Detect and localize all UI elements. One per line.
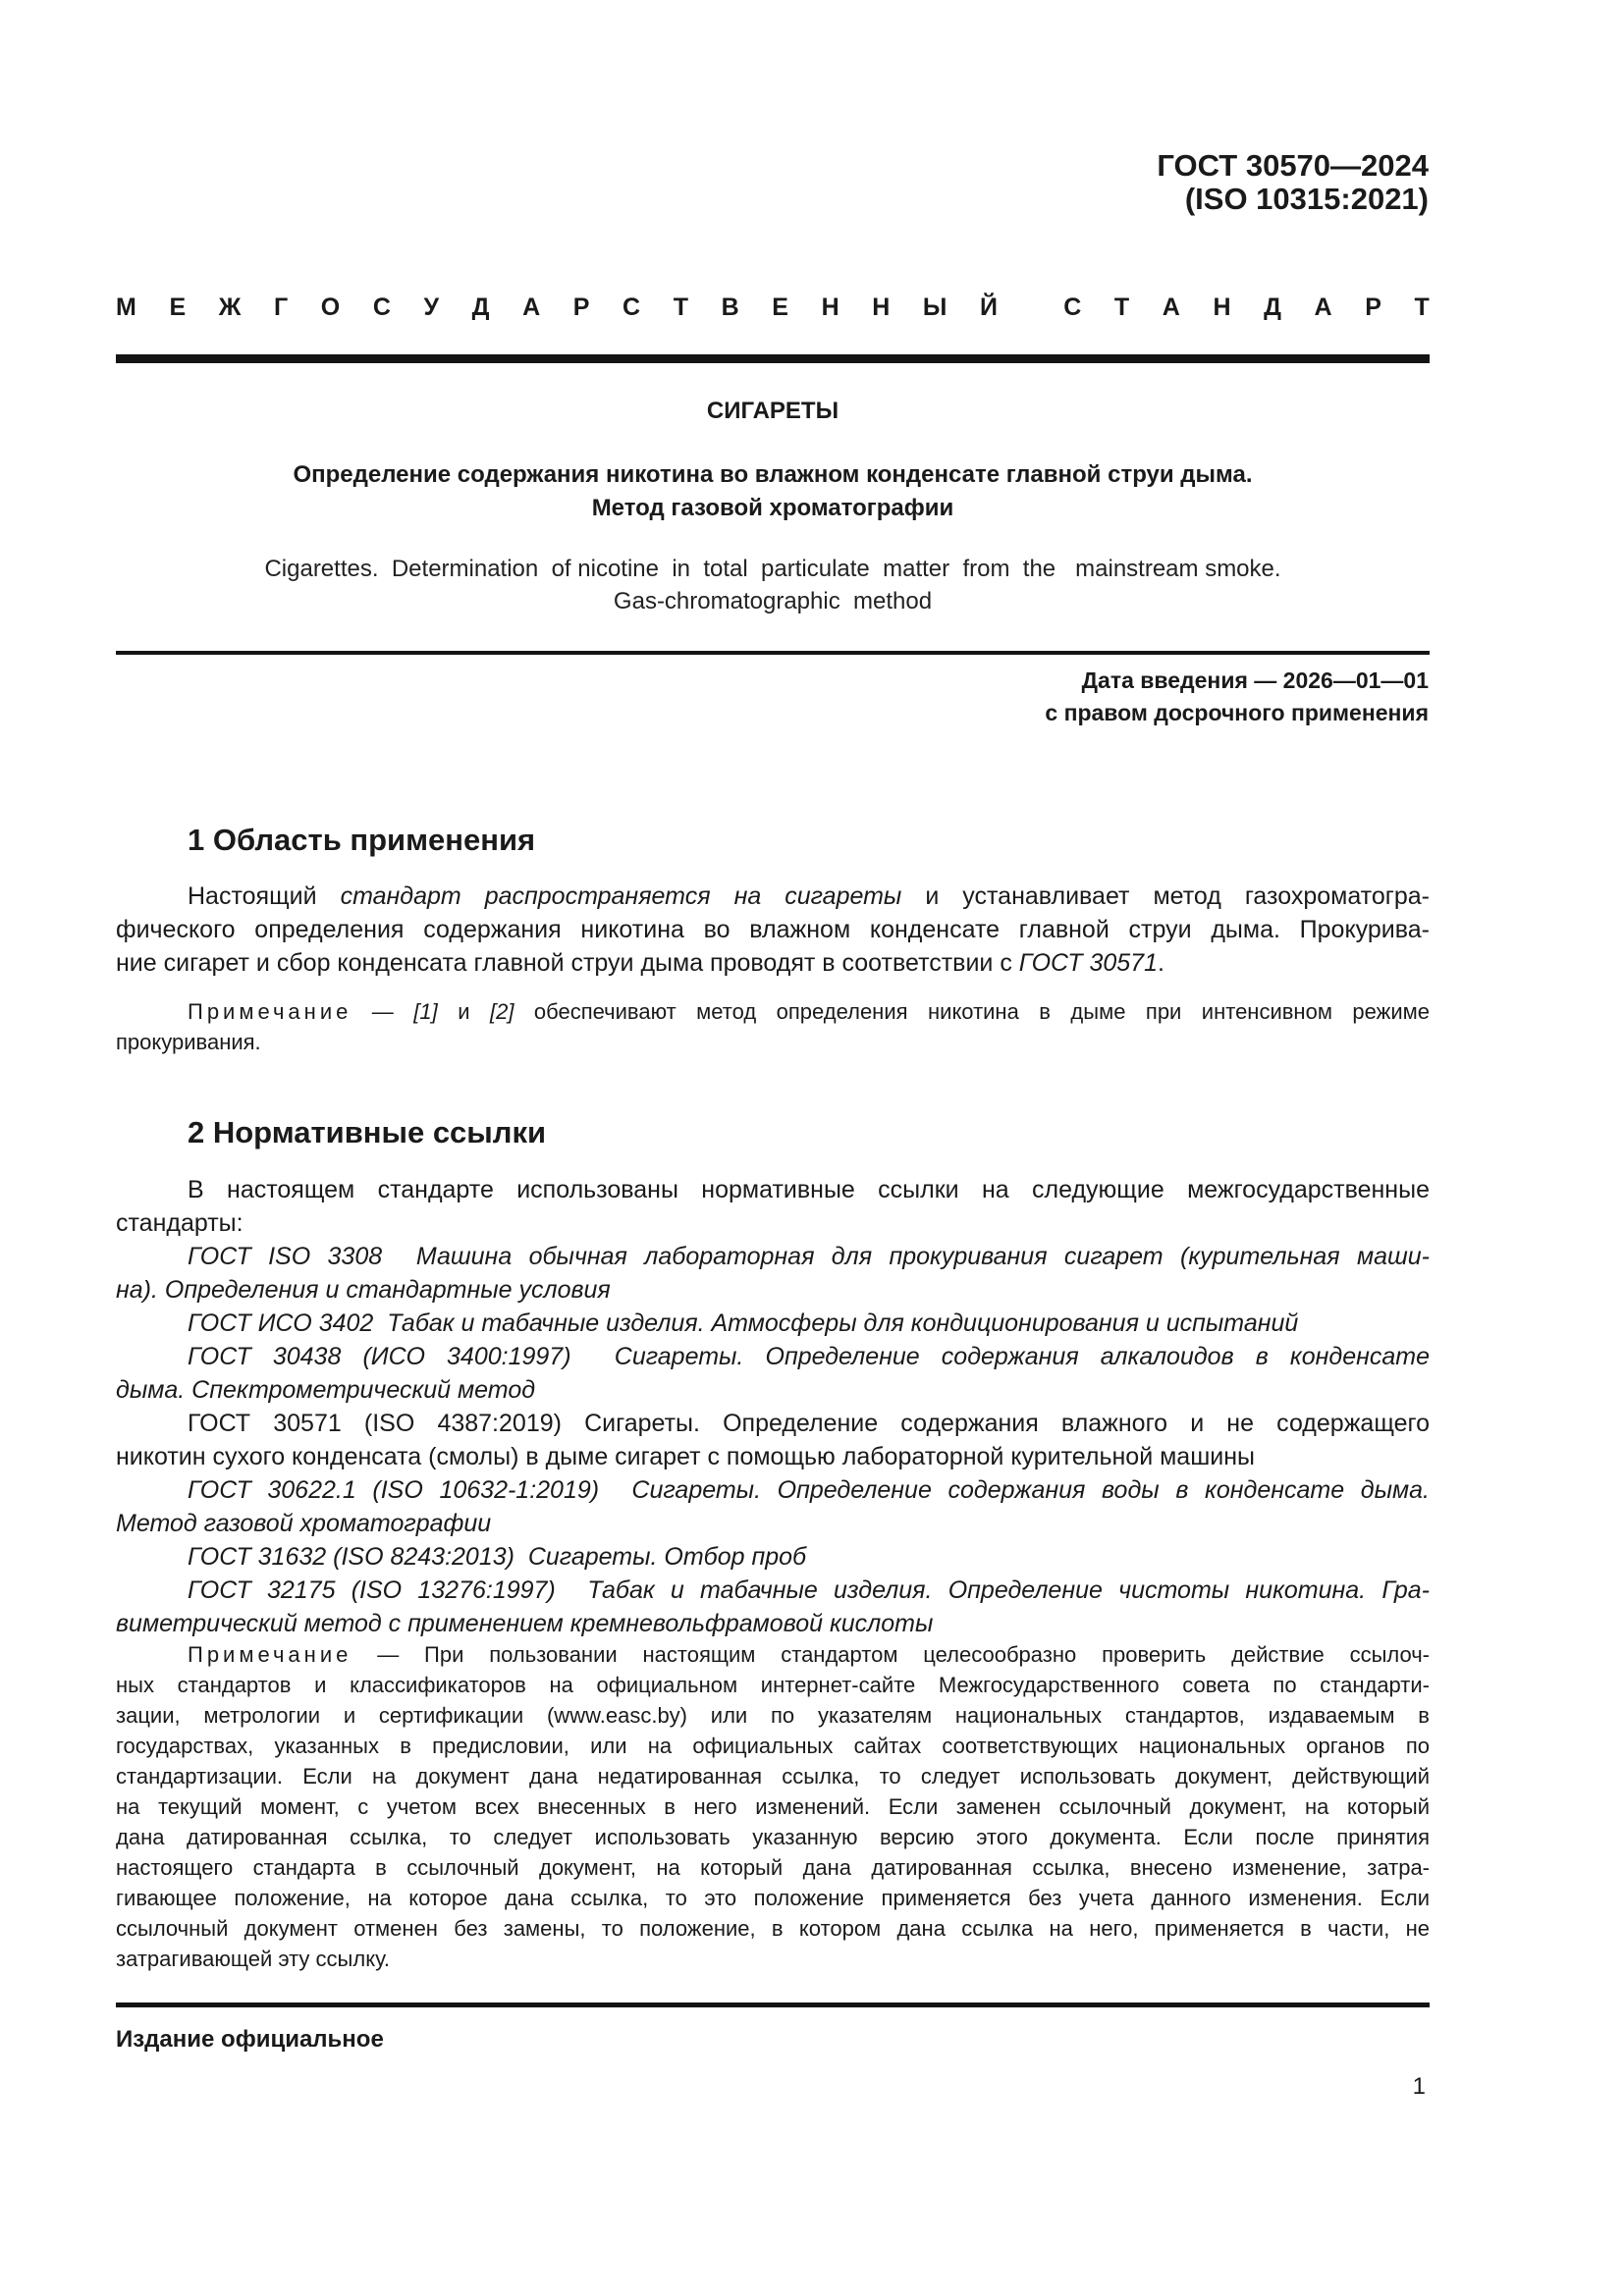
banner-letter: Е: [772, 293, 788, 322]
banner-letter: М: [116, 293, 136, 322]
banner-letter: Г: [274, 293, 288, 322]
banner-letter: А: [522, 293, 540, 322]
text: и: [438, 999, 490, 1024]
text: — При пользовании настоящим стандартом ц…: [352, 1642, 1430, 1667]
banner-letter: Д: [1264, 293, 1281, 322]
english-title-line1: Cigarettes. Determination of nicotine in…: [116, 553, 1430, 585]
normative-reference: ГОСТ ISO 3308 Машина обычная лабораторна…: [188, 1240, 1430, 1273]
text: ние сигарет и сбор конденсата главной ст…: [116, 949, 1019, 977]
document-title: СИГАРЕТЫ: [116, 398, 1430, 425]
banner-letter: Ы: [923, 293, 947, 322]
section-2-note-line: затрагивающей эту ссылку.: [116, 1944, 390, 1974]
normative-reference-continuation: виметрический метод с применением кремне…: [116, 1607, 933, 1640]
text: и устанавливает метод газохроматогра-: [901, 882, 1430, 910]
text: —: [352, 999, 413, 1024]
english-title-line2: Gas-chromatographic method: [116, 585, 1430, 617]
section-1-paragraph-line: фического определения содержания никотин…: [116, 913, 1430, 946]
banner-letter: С: [623, 293, 640, 322]
section-2-note-line: гивающее положение, на которое дана ссыл…: [116, 1883, 1430, 1913]
normative-reference: ГОСТ 31632 (ISO 8243:2013) Сигареты. Отб…: [188, 1540, 806, 1574]
normative-reference: ГОСТ ИСО 3402 Табак и табачные изделия. …: [188, 1307, 1298, 1340]
text: обеспечивают метод определения никотина …: [514, 999, 1430, 1024]
section-1-heading: 1 Область применения: [188, 823, 535, 858]
title-rule: [116, 651, 1430, 655]
section-2-note-line: на текущий момент, с учетом всех внесенн…: [116, 1791, 1430, 1822]
section-2-heading: 2 Нормативные ссылки: [188, 1115, 546, 1150]
document-subtitle-line2: Метод газовой хроматографии: [116, 492, 1430, 525]
banner-letter: Т: [1415, 293, 1430, 322]
banner-letter: Д: [472, 293, 490, 322]
text: .: [1158, 949, 1164, 977]
banner-letter: Т: [1114, 293, 1129, 322]
note-label: Примечание: [188, 1642, 352, 1667]
iso-reference: (ISO 10315:2021): [1185, 183, 1429, 216]
banner-letter: В: [722, 293, 739, 322]
banner-letter: Ж: [219, 293, 242, 322]
banner-letter: С: [1063, 293, 1081, 322]
interstate-standard-banner: МЕЖГОСУДАРСТВЕННЫЙ СТАНДАРТ: [116, 293, 1430, 322]
banner-letter: А: [1163, 293, 1180, 322]
document-number: ГОСТ 30570—2024: [1157, 149, 1429, 183]
banner-letter: О: [321, 293, 340, 322]
header-rule: [116, 354, 1430, 363]
page-number: 1: [1413, 2073, 1426, 2101]
banner-letter: Р: [1365, 293, 1381, 322]
text: Настоящий: [188, 882, 341, 910]
banner-letter: Н: [822, 293, 839, 322]
section-2-intro-line: стандарты:: [116, 1206, 244, 1240]
section-2-note-line: зации, метрологии и сертификации (www.ea…: [116, 1700, 1430, 1731]
note-label: Примечание: [188, 999, 352, 1024]
banner-letter: Н: [872, 293, 890, 322]
normative-reference: ГОСТ 32175 (ISO 13276:1997) Табак и таба…: [188, 1574, 1430, 1607]
banner-letter: У: [423, 293, 439, 322]
section-1-paragraph-line: ние сигарет и сбор конденсата главной ст…: [116, 946, 1164, 980]
section-2-note-line: Примечание — При пользовании настоящим с…: [188, 1639, 1430, 1670]
section-1-note-line: прокуривания.: [116, 1027, 261, 1057]
banner-letter: А: [1315, 293, 1332, 322]
banner-letter: Й: [980, 293, 998, 322]
section-2-note-line: стандартизации. Если на документ дана не…: [116, 1761, 1430, 1791]
footer-rule: [116, 2002, 1430, 2007]
section-2-note-line: ных стандартов и классификаторов на офиц…: [116, 1670, 1430, 1700]
banner-letter: Р: [573, 293, 590, 322]
normative-reference-continuation: на). Определения и стандартные условия: [116, 1273, 611, 1307]
normative-reference-continuation: никотин сухого конденсата (смолы) в дыме…: [116, 1440, 1255, 1473]
bibliography-ref: [2]: [490, 999, 514, 1024]
italic-text: стандарт распространяется на сигареты: [341, 882, 902, 910]
bibliography-ref: [1]: [413, 999, 437, 1024]
early-application-note: с правом досрочного применения: [1045, 697, 1429, 729]
official-edition-label: Издание официальное: [116, 2026, 384, 2054]
banner-letter: Е: [169, 293, 186, 322]
intro-date: Дата введения — 2026—01—01: [1082, 665, 1429, 697]
section-2-note-line: государствах, указанных в предисловии, и…: [116, 1731, 1430, 1761]
normative-reference-continuation: Метод газовой хроматографии: [116, 1507, 491, 1540]
section-2-note-line: дана датированная ссылка, то следует исп…: [116, 1822, 1430, 1852]
document-subtitle-line1: Определение содержания никотина во влажн…: [116, 458, 1430, 492]
normative-reference-continuation: дыма. Спектрометрический метод: [116, 1373, 535, 1407]
gost-reference: ГОСТ 30571: [1019, 949, 1158, 977]
section-2-intro-line: В настоящем стандарте использованы норма…: [188, 1173, 1430, 1206]
normative-reference: ГОСТ 30571 (ISO 4387:2019) Сигареты. Опр…: [188, 1407, 1430, 1440]
section-2-note-line: ссылочный документ отменен без замены, т…: [116, 1913, 1430, 1944]
normative-reference: ГОСТ 30438 (ИСО 3400:1997) Сигареты. Опр…: [188, 1340, 1430, 1373]
section-1-note: Примечание — [1] и [2] обеспечивают мето…: [188, 996, 1430, 1027]
banner-letter: С: [373, 293, 391, 322]
banner-letter: Т: [674, 293, 688, 322]
banner-letter: Н: [1213, 293, 1230, 322]
section-1-paragraph-line: Настоящий стандарт распространяется на с…: [188, 880, 1430, 913]
normative-reference: ГОСТ 30622.1 (ISO 10632-1:2019) Сигареты…: [188, 1473, 1430, 1507]
section-2-note-line: настоящего стандарта в ссылочный докумен…: [116, 1852, 1430, 1883]
